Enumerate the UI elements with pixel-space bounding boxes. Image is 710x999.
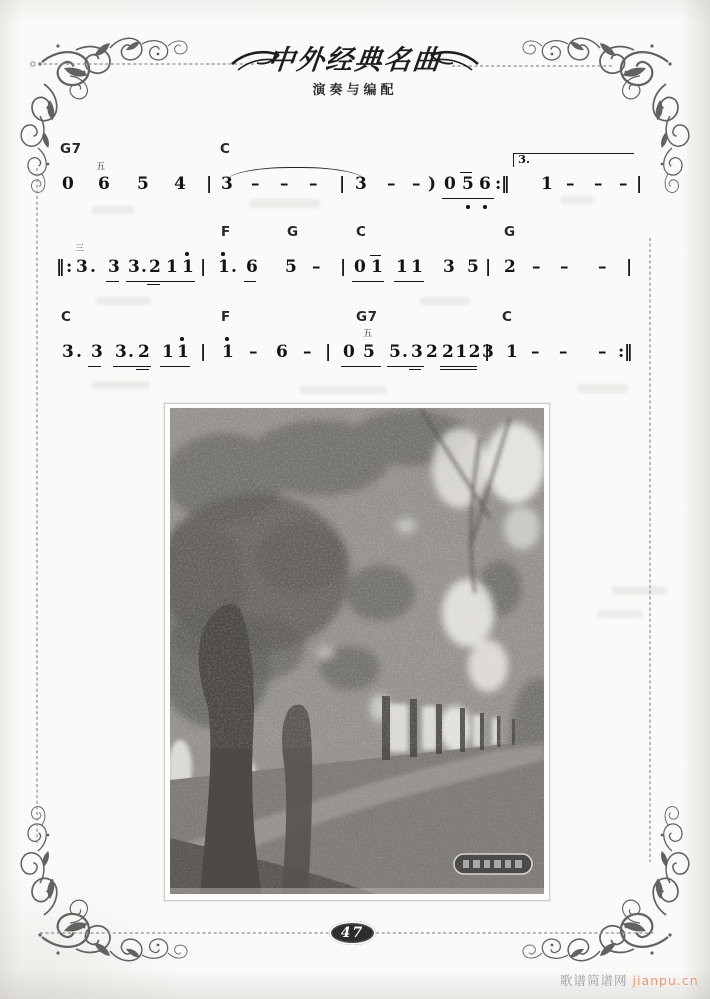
note-token: 3 [76,257,88,277]
note-token: | [200,342,206,362]
note-token: – [532,257,541,277]
chord-label: F [221,309,231,325]
note-token: 0 [62,174,74,194]
note-token: ) [428,174,436,194]
note-token: 6 [246,257,258,277]
note-token: 6 [276,342,288,362]
note-token: 2 [149,257,161,277]
note-token: – [598,257,607,277]
chord-label: G [287,224,299,240]
beam-line [88,366,101,367]
chord-label: C [220,141,230,157]
octave-dot [466,205,470,209]
note-token: 2 [138,342,150,362]
watermark-url: jianpu.cn [633,973,699,988]
chord-label: C [61,309,71,325]
note-token: 3 [411,342,423,362]
note-token: | [636,174,642,194]
note-token: 3 [115,342,127,362]
note-token: 5 [462,174,474,194]
note-token: ‖ [624,342,633,362]
overline [370,255,381,256]
note-token: 1 [222,342,234,362]
note-token: 3 [128,257,140,277]
note-token: 5 [467,257,479,277]
octave-dot [483,205,487,209]
note-token: 2 [426,342,438,362]
beam-line [244,281,256,282]
tree-avenue-photo [164,403,550,901]
note-token: 0 [343,342,355,362]
beam-line [126,281,164,282]
note-token: 1 [411,257,423,277]
book-title: 中外经典名曲 [266,38,444,77]
beam-line [113,366,151,367]
notation-line: G7C0五654|3–––|3––)056:‖3.1–––| [0,174,710,210]
notation-line: CFG7C3.33.211|1–6–|0五55.322123|1–––:‖ [0,342,710,378]
note-token: 5 [389,342,401,362]
note-token: | [340,257,346,277]
note-token: | [325,342,331,362]
note-token: 5 [137,174,149,194]
note-token: – [249,342,258,362]
volta-bracket [513,153,634,167]
note-token: – [619,174,628,194]
chord-label: G7 [356,309,377,325]
note-token: 1 [166,257,178,277]
chord-label: C [502,309,512,325]
note-token: . [402,342,408,362]
watermark-site-name: 歌谱简谱网 [560,973,628,988]
note-token: – [312,257,321,277]
page-number-badge: 47 [329,921,376,945]
site-watermark: 歌谱简谱网 jianpu.cn [560,971,699,989]
chord-label: C [356,224,366,240]
beam-line-2 [440,369,477,370]
octave-dot [180,337,184,341]
note-token: 3 [443,257,455,277]
note-token: 1 [541,174,553,194]
note-token: 0 [354,257,366,277]
octave-dot [225,337,229,341]
tree-avenue-photo-image [170,408,544,894]
fingering-label: 三 [75,241,84,254]
note-token: – [387,174,396,194]
photo-credit-badge [454,854,532,874]
note-token: 3 [91,342,103,362]
fingering-label: 五 [96,159,105,172]
note-token: 1 [371,257,383,277]
note-token: 3 [108,257,120,277]
page-header: 中外经典名曲 演奏与编配 [0,38,710,98]
note-token: – [560,257,569,277]
note-token: ‖ [56,257,65,277]
note-token: – [598,342,607,362]
fingering-label: 五 [363,326,372,339]
note-token: – [594,174,603,194]
note-token: 6 [98,174,110,194]
book-subtitle: 演奏与编配 [0,79,710,98]
note-token: – [531,342,540,362]
overline [460,172,472,173]
scanned-songbook-page: 中外经典名曲 演奏与编配 G7C0五654|3–––|3––)056:‖3.1–… [0,0,710,999]
note-token: | [626,257,632,277]
note-token: 0 [444,174,456,194]
note-token: 6 [479,174,491,194]
note-token: 1 [218,257,230,277]
beam-line [442,198,494,199]
note-token: | [484,342,490,362]
note-token: – [559,342,568,362]
beam-line [160,366,190,367]
note-token: . [76,342,82,362]
beam-line [106,281,119,282]
chord-label: G [504,224,516,240]
note-token: ‖ [501,174,510,194]
note-token: – [303,342,312,362]
tie-slur [227,167,365,181]
note-token: 1 [162,342,174,362]
octave-dot [221,252,225,256]
note-token: : [66,257,72,277]
notation-line: FGCG‖:三3.33.211|1.65–|011135|2–––| [0,257,710,293]
note-token: . [90,257,96,277]
note-token: – [412,174,421,194]
note-token: 1 [177,342,189,362]
chord-label: G7 [60,141,81,157]
note-token: 2 [504,257,516,277]
beam-line-2 [409,369,421,370]
page-number: 47 [341,925,364,941]
beam-line [440,366,477,367]
note-token: | [485,257,491,277]
note-token: – [566,174,575,194]
beam-line [164,281,195,282]
note-token: | [200,257,206,277]
note-token: 4 [174,174,186,194]
beam-line [352,281,384,282]
beam-line [341,366,381,367]
beam-line-2 [147,284,160,285]
note-token: . [128,342,134,362]
octave-dot [185,252,189,256]
note-token: 3 [62,342,74,362]
note-token: 5 [285,257,297,277]
note-token: 1 [396,257,408,277]
beam-line-2 [136,369,149,370]
beam-line [394,281,424,282]
chord-label: F [221,224,231,240]
note-token: . [231,257,237,277]
note-token: 1 [506,342,518,362]
beam-line [387,366,424,367]
note-token: . [141,257,147,277]
note-token: 1 [182,257,194,277]
note-token: 5 [363,342,375,362]
note-token: | [206,174,212,194]
